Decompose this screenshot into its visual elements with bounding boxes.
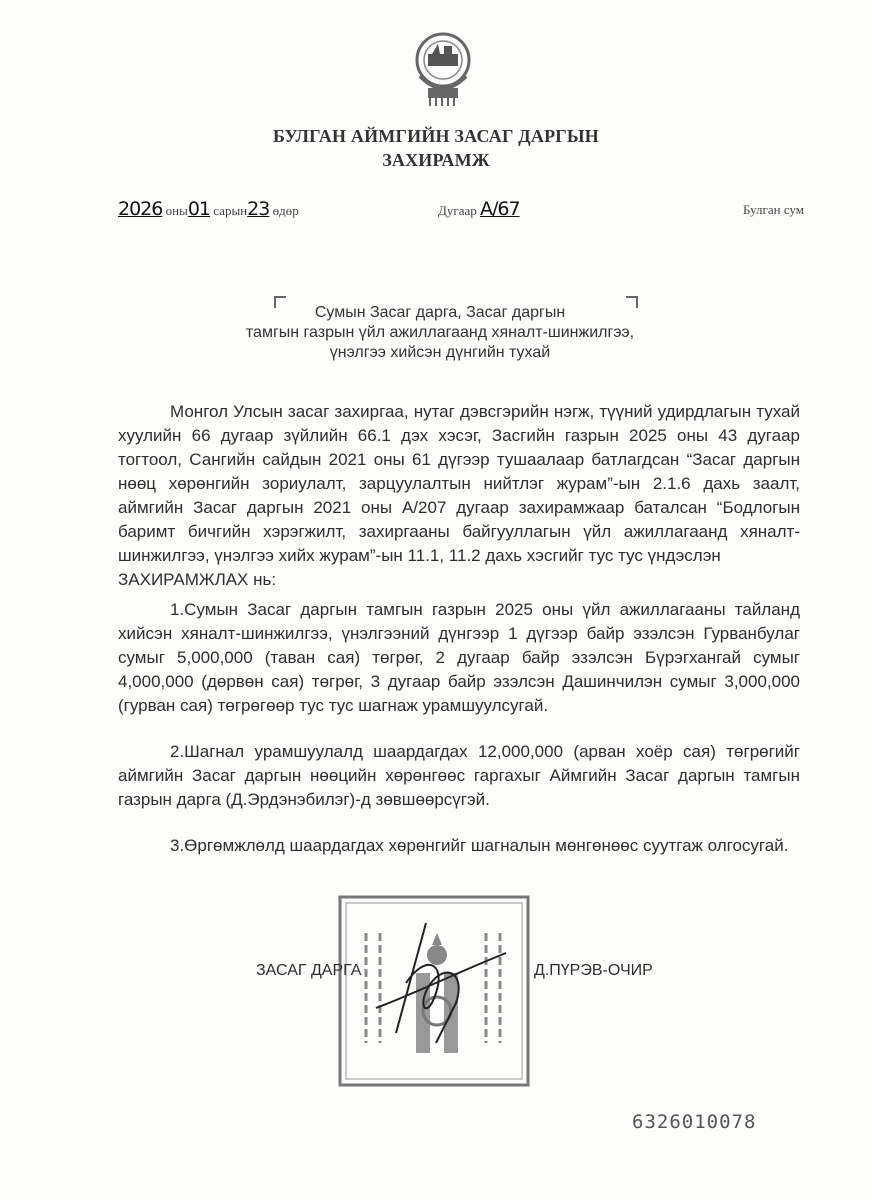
date-month: 01 <box>188 198 210 220</box>
order-item-text: 3.Өргөмжлөлд шаардагдах хөрөнгийг шагнал… <box>118 834 800 858</box>
issue-date: 2026 оны01 сарын23 өдөр <box>118 198 299 220</box>
registration-number: 6326010078 <box>632 1111 756 1133</box>
order-item-3: 3.Өргөмжлөлд шаардагдах хөрөнгийг шагнал… <box>118 834 800 858</box>
order-item-text: 2.Шагнал урамшуулалд шаардагдах 12,000,0… <box>118 740 800 812</box>
signatory-name: Д.ПҮРЭВ-ОЧИР <box>534 962 653 980</box>
preamble-paragraph: Монгол Улсын засаг захиргаа, нутаг дэвсг… <box>118 400 800 592</box>
subject-title: Сумын Засаг дарга, Засаг даргын тамгын г… <box>230 303 650 363</box>
preamble-text: Монгол Улсын засаг захиргаа, нутаг дэвсг… <box>118 400 800 568</box>
order-item-text: 1.Сумын Засаг даргын тамгын газрын 2025 … <box>118 598 800 718</box>
number-value: А/67 <box>480 198 520 220</box>
date-day: 23 <box>247 198 269 220</box>
document-number: Дугаар А/67 <box>438 198 520 220</box>
dateline: 2026 оны01 сарын23 өдөр Дугаар А/67 Булг… <box>118 198 804 228</box>
document-type: ЗАХИРАМЖ <box>0 148 872 172</box>
order-keyword: ЗАХИРАМЖЛАХ нь: <box>118 568 800 592</box>
official-seal-icon <box>336 893 532 1089</box>
order-item-1: 1.Сумын Засаг даргын тамгын газрын 2025 … <box>118 598 800 718</box>
year-suffix: оны <box>162 203 187 218</box>
month-suffix: сарын <box>210 203 247 218</box>
issue-place: Булган сум <box>743 202 804 218</box>
subject-line: тамгын газрын үйл ажиллагаанд хяналт-шин… <box>230 323 650 343</box>
day-suffix: өдөр <box>269 203 298 218</box>
organization-title: БУЛГАН АЙМГИЙН ЗАСАГ ДАРГЫН <box>0 124 872 148</box>
subject-line: Сумын Засаг дарга, Засаг даргын <box>230 303 650 323</box>
number-label: Дугаар <box>438 203 480 218</box>
signatory-title: ЗАСАГ ДАРГА <box>256 962 361 980</box>
state-emblem-icon <box>410 30 476 108</box>
document-header: БУЛГАН АЙМГИЙН ЗАСАГ ДАРГЫН ЗАХИРАМЖ <box>0 124 872 172</box>
order-item-2: 2.Шагнал урамшуулалд шаардагдах 12,000,0… <box>118 740 800 812</box>
subject-line: үнэлгээ хийсэн дүнгийн тухай <box>230 343 650 363</box>
date-year: 2026 <box>118 198 162 220</box>
